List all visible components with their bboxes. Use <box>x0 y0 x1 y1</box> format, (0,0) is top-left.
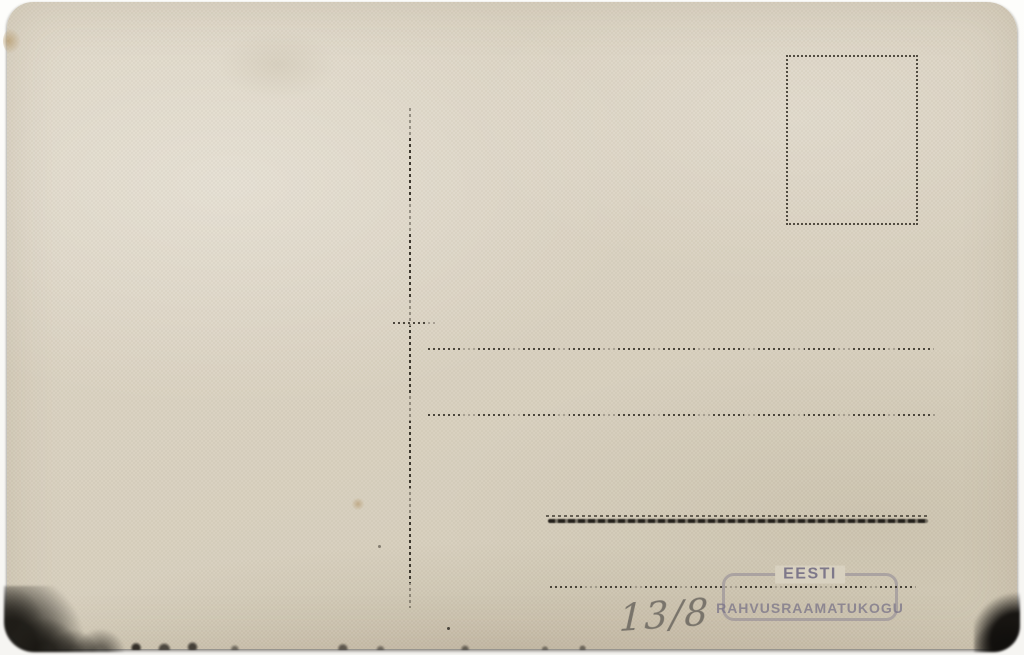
library-stamp: EESTI RAHVUSRAAMATUKOGU <box>722 573 898 621</box>
library-stamp-name: RAHVUSRAAMATUKOGU <box>716 600 904 616</box>
library-stamp-country: EESTI <box>775 566 845 584</box>
bottom-left-smudge <box>4 586 124 652</box>
address-line-1 <box>428 348 934 350</box>
postcard: EESTI RAHVUSRAAMATUKOGU 13/8 <box>7 2 1017 649</box>
postage-stamp-box <box>786 55 918 225</box>
address-line-3-heavy <box>548 519 928 523</box>
ink-speck <box>378 545 381 548</box>
bottom-right-smudge <box>974 590 1020 652</box>
bottom-edge-dirt <box>122 636 592 650</box>
address-line-2 <box>428 414 938 416</box>
handwritten-number: 13/8 <box>618 591 710 641</box>
divider-cross-dash <box>393 322 435 324</box>
scan-background: EESTI RAHVUSRAAMATUKOGU 13/8 <box>0 0 1024 655</box>
divider-line <box>409 108 411 608</box>
address-line-3-dotted <box>546 515 928 517</box>
ink-speck <box>447 627 450 630</box>
address-line-4 <box>550 586 916 588</box>
